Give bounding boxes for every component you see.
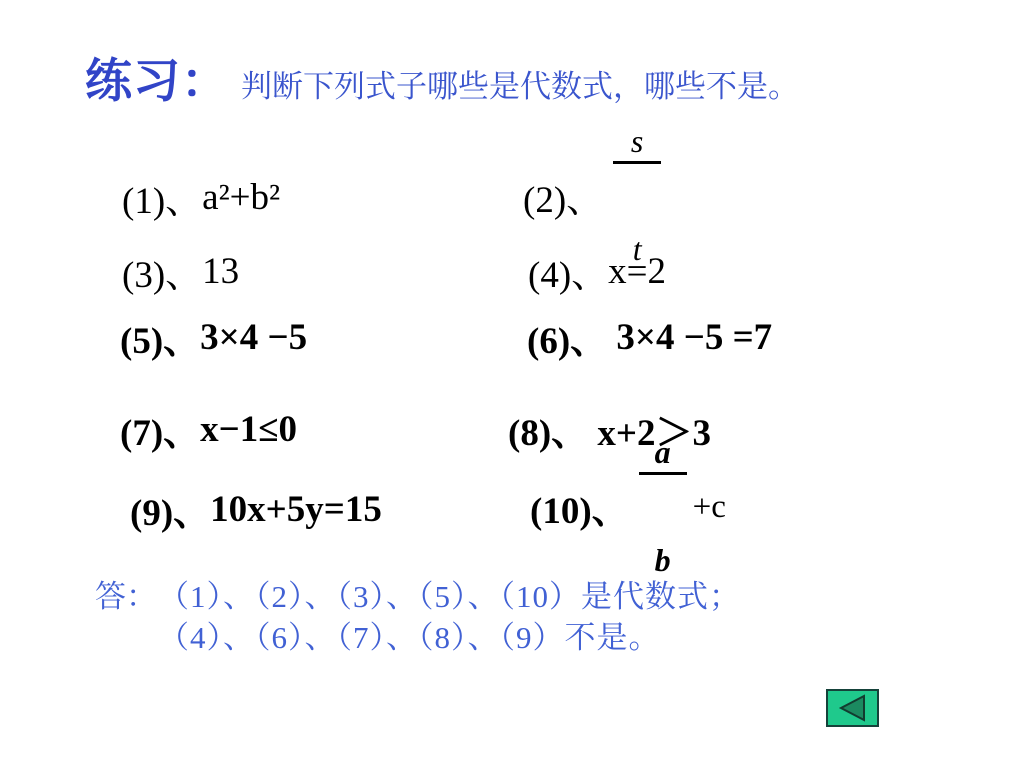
problem-label: (2)、 bbox=[523, 169, 603, 223]
problem-item-5: (5)、 3×4 −5 bbox=[120, 310, 307, 364]
problem-expr: x=2 bbox=[608, 250, 666, 293]
problem-expr: x−1≤0 bbox=[200, 408, 297, 451]
title-subtitle: 判断下列式子哪些是代数式，哪些不是。 bbox=[241, 61, 799, 106]
problem-item-4: (4)、 x=2 bbox=[528, 244, 666, 298]
problem-item-6: (6)、 3×4 −5 =7 bbox=[527, 310, 772, 364]
problem-label: (7)、 bbox=[120, 402, 200, 456]
fraction-numerator: s bbox=[613, 125, 661, 164]
problem-expr: 3×4 −5 =7 bbox=[607, 316, 772, 359]
problem-item-7: (7)、 x−1≤0 bbox=[120, 402, 297, 456]
problem-item-1: (1)、 a²+b² bbox=[122, 170, 280, 224]
problem-expr: 10x+5y=15 bbox=[210, 488, 382, 531]
back-button[interactable] bbox=[826, 689, 879, 727]
page-title: 练习： 判断下列式子哪些是代数式，哪些不是。 bbox=[85, 44, 799, 111]
problem-label: (1)、 bbox=[122, 170, 202, 224]
answer-label: 答： bbox=[95, 571, 157, 616]
problem-expr: 13 bbox=[202, 250, 239, 293]
problem-item-2: (2)、 s t bbox=[523, 150, 661, 242]
problem-item-9: (9)、 10x+5y=15 bbox=[130, 482, 382, 536]
problem-expr: a²+b² bbox=[202, 176, 280, 219]
problem-label: (9)、 bbox=[130, 482, 210, 536]
answer-line-1: （1）、（2）、（3）、（5）、（10）是代数式； bbox=[158, 571, 741, 616]
problem-label: (6)、 bbox=[527, 310, 607, 364]
problem-label: (3)、 bbox=[122, 244, 202, 298]
slide: 练习： 判断下列式子哪些是代数式，哪些不是。 (1)、 a²+b² (2)、 s… bbox=[0, 0, 1024, 768]
problem-item-3: (3)、 13 bbox=[122, 244, 239, 298]
problem-label: (10)、 bbox=[530, 480, 629, 534]
problem-expr-suffix: +c bbox=[693, 489, 726, 526]
fraction-numerator: a bbox=[639, 436, 687, 475]
problem-label: (8)、 bbox=[508, 402, 588, 456]
answer-line-2: （4）、（6）、（7）、（8）、（9）不是。 bbox=[158, 612, 661, 657]
back-icon bbox=[833, 693, 873, 723]
problem-expr: 3×4 −5 bbox=[200, 316, 307, 359]
problem-label: (5)、 bbox=[120, 310, 200, 364]
problem-label: (4)、 bbox=[528, 244, 608, 298]
problem-item-10: (10)、 a b +c bbox=[530, 462, 726, 552]
title-prefix: 练习： bbox=[85, 44, 229, 111]
